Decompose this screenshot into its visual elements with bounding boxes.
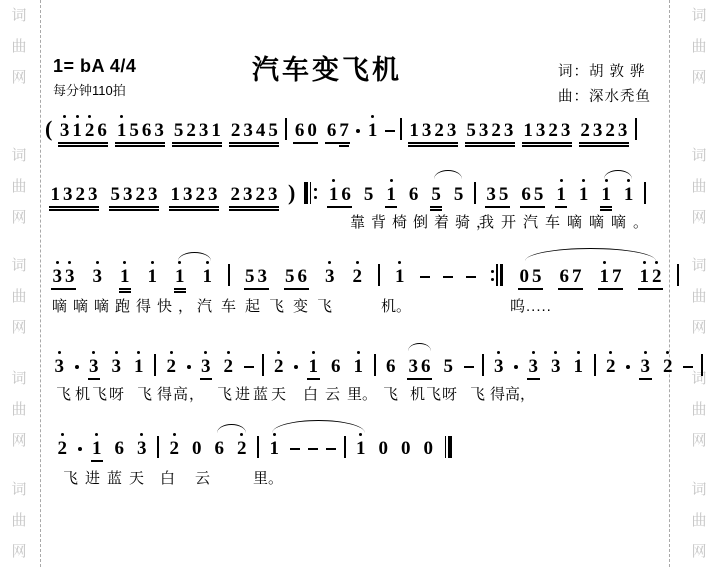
note-digit: 5 (268, 114, 278, 140)
repeat-start-sign (303, 182, 318, 204)
note-digit: 2 (434, 114, 444, 140)
octave-dot-space (208, 178, 218, 185)
note-digit: 3 (148, 178, 158, 204)
note-digit: 6 (327, 114, 337, 140)
note-digit: 3 (53, 260, 63, 286)
octave-dot-space (174, 114, 184, 121)
beam-underline (465, 142, 515, 144)
watermark-char-left: 曲 (8, 509, 30, 530)
note-digit: 1 (640, 260, 650, 286)
octave-dot (137, 432, 147, 439)
note-digit: 3 (88, 178, 98, 204)
note-group: 3126 (57, 114, 109, 140)
rest-note: 0 (401, 432, 411, 458)
note-group: 35 (484, 178, 511, 204)
octave-dot-space (268, 178, 278, 185)
beam-underline (172, 142, 222, 144)
octave-dot-space (447, 114, 457, 121)
watermark-char-right: 词 (688, 478, 710, 499)
octave-dot-space (115, 432, 125, 439)
note-group: 5231 (171, 114, 223, 140)
watermark-char-left: 网 (8, 206, 30, 227)
octave-dot (529, 350, 539, 357)
watermark-char-right: 网 (688, 429, 710, 450)
barline (257, 436, 259, 458)
octave-dot-space (171, 178, 181, 185)
watermark-char-right: 曲 (688, 35, 710, 56)
duration-dash (385, 130, 395, 132)
octave-dot (641, 350, 651, 357)
bar-stroke (310, 182, 312, 204)
note-digit: 1 (117, 114, 127, 140)
octave-dot (92, 432, 102, 439)
lyric-segment: 里。 (253, 467, 283, 488)
note-digit: 3 (208, 178, 218, 204)
lyric-segment: 飞 (56, 383, 71, 404)
octave-dot (663, 350, 673, 357)
beam-underline (284, 288, 309, 290)
octave-dot-space (466, 114, 476, 121)
note-group: 0 (190, 432, 205, 458)
beam-underline (307, 378, 320, 380)
watermark-char-left: 词 (8, 4, 30, 25)
lyric-segment: 飞 (383, 383, 398, 404)
beam-underline (229, 142, 279, 144)
duration-dash (420, 276, 430, 278)
octave-dot (134, 350, 144, 357)
note-digit: 3 (183, 178, 193, 204)
octave-dot-space (572, 260, 582, 267)
note-group: 2 (604, 350, 619, 376)
note-digit: 1 (354, 350, 364, 376)
barline (701, 354, 703, 376)
watermark-char-left: 曲 (8, 35, 30, 56)
octave-dot-space (479, 114, 489, 121)
octave-dot (574, 350, 584, 357)
note-group: 1 (351, 350, 366, 376)
note-digit: 6 (215, 432, 225, 458)
music-line-2: 1323532313232323)165165535651111 (48, 176, 654, 204)
beam-underline (408, 142, 458, 144)
lyric-segment: 飞进蓝天 (63, 467, 151, 488)
octave-dot-space (245, 260, 255, 267)
octave-dot-space (63, 178, 73, 185)
note-digit: 2 (186, 114, 196, 140)
note-digit: 1 (574, 350, 584, 376)
left-cut-line (40, 0, 41, 567)
note-digit: 2 (353, 260, 363, 286)
note-group: 1 (306, 350, 321, 376)
watermark-char-left: 网 (8, 429, 30, 450)
octave-dot-space (196, 178, 206, 185)
octave-dot (640, 260, 650, 267)
note-group: 53 (243, 260, 270, 286)
octave-dot (201, 350, 211, 357)
slur-arc (525, 248, 656, 261)
sheet-music-page: 1= bA 4/4 每分钟110拍 汽车变飞机 词：胡 敦 骅 曲：深水秃鱼 词… (0, 0, 711, 567)
octave-dot-space (486, 178, 496, 185)
note-group: 60 (292, 114, 319, 140)
music-line-4: 3331232216163653331232 (52, 348, 711, 376)
beam-underline (598, 288, 623, 290)
note-group: 1 (554, 178, 569, 204)
note-group: 1 (267, 432, 282, 458)
octave-dot-space (580, 114, 590, 121)
lyric-segment: 汽车起飞变飞 (197, 295, 341, 316)
note-digit: 2 (652, 260, 662, 286)
lyric-segment: 里。 (347, 383, 377, 404)
note-digit: 4 (256, 114, 266, 140)
octave-dot (601, 178, 611, 185)
note-group: 56 (283, 260, 310, 286)
watermark-char-right: 曲 (688, 398, 710, 419)
octave-dot-space (520, 260, 530, 267)
lyricist-credit: 词：胡 敦 骅 (558, 60, 646, 81)
lyric-segment: 嘀嘀嘀跑得快， (52, 295, 199, 316)
octave-dot (148, 260, 158, 267)
note-digit: 2 (167, 350, 177, 376)
watermark-char-right: 词 (688, 144, 710, 165)
octave-dot-space (331, 350, 341, 357)
note-digit: 3 (486, 178, 496, 204)
beam-underline (639, 378, 652, 380)
note-digit: 5 (111, 178, 121, 204)
music-line-5: 2163206211000 (55, 430, 461, 458)
note-digit: 2 (663, 350, 673, 376)
note-digit: 2 (606, 350, 616, 376)
note-digit: 1 (356, 432, 366, 458)
note-digit: 1 (175, 260, 185, 286)
beam-underline (555, 206, 568, 208)
note-group: 1 (132, 350, 147, 376)
octave-dot (203, 260, 213, 267)
augmentation-dot (514, 365, 518, 369)
note-group: 1 (173, 260, 188, 286)
repeat-dot (491, 270, 494, 273)
octave-dot-space (431, 178, 441, 185)
note-digit: 1 (148, 260, 158, 286)
note-digit: 3 (201, 350, 211, 376)
note-group: 1563 (114, 114, 166, 140)
octave-dot (606, 350, 616, 357)
note-digit: 1 (171, 178, 181, 204)
note-group: 36 (406, 350, 433, 376)
note-digit: 3 (123, 178, 133, 204)
augmentation-dot (78, 447, 82, 451)
beam-underline (485, 206, 510, 208)
barline (344, 436, 346, 458)
beam-underline (522, 145, 572, 147)
note-digit: 7 (339, 114, 349, 140)
lyric-segment: 我开汽车嘀嘀嘀。 (479, 211, 655, 232)
duration-dash (683, 366, 693, 368)
octave-dot-space (605, 114, 615, 121)
note-digit: 6 (115, 432, 125, 458)
note-group: 65 (519, 178, 546, 204)
note-digit: 1 (579, 178, 589, 204)
note-group: 3 (109, 350, 124, 376)
note-digit: 3 (494, 350, 504, 376)
note-group: 1 (384, 178, 399, 204)
watermark-char-left: 网 (8, 316, 30, 337)
octave-dot-space (339, 114, 349, 121)
note-group: 5 (429, 178, 444, 204)
octave-dot (65, 260, 75, 267)
lyric-segment: 得高， (157, 383, 205, 404)
note-group: 2 (55, 432, 70, 458)
note-digit: 5 (466, 114, 476, 140)
note-digit: 5 (364, 178, 374, 204)
key-signature: 1= bA 4/4 (53, 56, 136, 77)
lyric-segment: 得高， (490, 383, 535, 404)
note-group: 1 (571, 350, 586, 376)
watermark-char-right: 曲 (688, 509, 710, 530)
beam-underline (229, 206, 279, 208)
beam-underline (115, 142, 165, 144)
octave-dot (652, 260, 662, 267)
barline (594, 354, 596, 376)
beam-underline (522, 142, 572, 144)
octave-dot (274, 350, 284, 357)
note-digit: 1 (600, 260, 610, 286)
note-digit: 3 (199, 114, 209, 140)
note-group: 6 (112, 432, 127, 458)
watermark-char-right: 网 (688, 540, 710, 561)
watermark-char-right: 网 (688, 66, 710, 87)
beam-underline (558, 288, 583, 290)
note-digit: 1 (120, 260, 130, 286)
beam-underline (430, 206, 443, 208)
beam-underline (385, 206, 398, 208)
note-group: 3 (135, 432, 150, 458)
lyricist-label: 词： (558, 64, 589, 80)
octave-dot (556, 178, 566, 185)
music-line-1: (3126156352312345606711323532313232323 (45, 112, 642, 140)
lyric-segment: 靠背椅倒着骑， (350, 211, 497, 232)
beam-underline (293, 142, 318, 144)
note-digit: 7 (572, 260, 582, 286)
note-digit: 1 (386, 178, 396, 204)
note-digit: 1 (72, 114, 82, 140)
note-digit: 2 (85, 114, 95, 140)
beam-underline (49, 206, 99, 208)
note-digit: 3 (479, 114, 489, 140)
duration-dash (308, 448, 318, 450)
note-group: 3 (323, 260, 338, 286)
note-digit: 3 (93, 260, 103, 286)
note-digit: 2 (76, 178, 86, 204)
composer-credit: 曲：深水秃鱼 (558, 85, 651, 106)
watermark-char-left: 词 (8, 144, 30, 165)
note-digit: 5 (285, 260, 295, 286)
barline (154, 354, 156, 376)
octave-dot-space (298, 260, 308, 267)
note-digit: 5 (129, 114, 139, 140)
octave-dot-space (285, 260, 295, 267)
note-group: 1 (354, 432, 369, 458)
note-digit: 3 (268, 178, 278, 204)
note-digit: 3 (60, 114, 70, 140)
watermark-char-right: 词 (688, 4, 710, 25)
note-digit: 2 (58, 432, 68, 458)
note-digit: 3 (65, 260, 75, 286)
duration-dash (443, 276, 453, 278)
note-group: 1 (118, 260, 133, 286)
beam-underline (91, 460, 104, 462)
octave-dot-space (421, 350, 431, 357)
octave-dot-space (386, 350, 396, 357)
octave-dot (354, 350, 364, 357)
intro-paren: ( (45, 117, 52, 140)
repeat-dots (491, 264, 494, 286)
octave-dot-space (186, 114, 196, 121)
note-digit: 6 (560, 260, 570, 286)
barline (228, 264, 230, 286)
note-digit: 1 (601, 178, 611, 204)
note-digit: 1 (395, 260, 405, 286)
bar-stroke (448, 436, 452, 458)
tempo-marking: 每分钟110拍 (53, 80, 126, 99)
note-digit: 5 (532, 260, 542, 286)
lyric-segment: 呜..... (510, 295, 552, 316)
octave-dot-space (192, 432, 202, 439)
watermark-char-left: 词 (8, 478, 30, 499)
note-digit: 2 (256, 178, 266, 204)
octave-dot-space (268, 114, 278, 121)
octave-dot-space (424, 432, 434, 439)
lyric-segment: 白 (160, 467, 175, 488)
octave-dot-space (618, 114, 628, 121)
octave-dot-space (97, 114, 107, 121)
octave-dot-space (409, 178, 419, 185)
octave-dot-space (129, 114, 139, 121)
barline (262, 354, 264, 376)
octave-dot-space (561, 114, 571, 121)
octave-dot-space (76, 178, 86, 185)
note-digit: 6 (142, 114, 152, 140)
barline (644, 182, 646, 204)
note-group: 2 (221, 350, 236, 376)
note-group: 3 (526, 350, 541, 376)
note-digit: 5 (499, 178, 509, 204)
octave-dot-space (409, 114, 419, 121)
note-digit: 6 (409, 178, 419, 204)
beam-underline (169, 209, 219, 211)
note-digit: 2 (274, 350, 284, 376)
octave-dot-space (444, 350, 454, 357)
repeat-dot (491, 278, 494, 281)
note-digit: 3 (529, 350, 539, 376)
slur-arc (272, 420, 365, 433)
octave-dot-space (409, 350, 419, 357)
lyric-segment: 机飞呀 (410, 383, 458, 404)
octave-dot (395, 260, 405, 267)
octave-dot (117, 114, 127, 121)
note-group: 1323 (168, 178, 220, 204)
bar-stroke (445, 436, 447, 458)
note-digit: 3 (154, 114, 164, 140)
octave-dot (175, 260, 185, 267)
octave-dot-space (142, 114, 152, 121)
note-group: 3 (90, 260, 105, 286)
note-group: 2323 (228, 178, 280, 204)
octave-dot-space (258, 260, 268, 267)
note-digit: 3 (409, 350, 419, 376)
note-group: 2323 (578, 114, 630, 140)
note-digit: 1 (523, 114, 533, 140)
composer-name: 深水秃鱼 (589, 89, 651, 105)
beam-underline (115, 145, 165, 147)
rest-note: 0 (424, 432, 434, 458)
note-digit: 5 (245, 260, 255, 286)
note-digit: 6 (521, 178, 531, 204)
repeat-dots (314, 182, 317, 204)
repeat-dot (314, 196, 317, 199)
barline (677, 264, 679, 286)
octave-dot (170, 432, 180, 439)
octave-dot-space (341, 178, 351, 185)
note-digit: 2 (548, 114, 558, 140)
beam-underline (407, 378, 432, 380)
extra-underline (339, 145, 349, 147)
octave-dot (309, 350, 319, 357)
note-digit: 3 (593, 114, 603, 140)
note-group: 05 (517, 260, 544, 286)
note-group: 3 (638, 350, 653, 376)
note-group: 6 (406, 178, 421, 204)
octave-dot-space (256, 114, 266, 121)
beam-underline (169, 206, 219, 208)
octave-dot-space (243, 178, 253, 185)
augmentation-dot (626, 365, 630, 369)
octave-dot-space (504, 114, 514, 121)
note-digit: 1 (309, 350, 319, 376)
note-digit: 6 (331, 350, 341, 376)
octave-dot-space (231, 178, 241, 185)
note-digit: 2 (196, 178, 206, 204)
octave-dot-space (491, 114, 501, 121)
note-group: 1 (599, 178, 614, 204)
beam-underline (174, 291, 187, 293)
note-digit: 3 (422, 114, 432, 140)
octave-dot-space (148, 178, 158, 185)
duration-dash (466, 276, 476, 278)
beam-underline (109, 206, 159, 208)
barline (157, 436, 159, 458)
note-digit: 2 (231, 178, 241, 204)
watermark-char-left: 曲 (8, 398, 30, 419)
octave-dot (112, 350, 122, 357)
note-group: 5323 (108, 178, 160, 204)
note-group: 5323 (464, 114, 516, 140)
note-group: 0 (399, 432, 414, 458)
barline (474, 182, 476, 204)
composer-label: 曲： (558, 89, 589, 105)
note-digit: 3 (551, 350, 561, 376)
octave-dot (600, 260, 610, 267)
note-digit: 6 (97, 114, 107, 140)
note-digit: 3 (112, 350, 122, 376)
beam-underline (527, 378, 540, 380)
octave-dot-space (183, 178, 193, 185)
octave-dot (72, 114, 82, 121)
beam-underline (58, 142, 108, 144)
note-group: 6 (384, 350, 399, 376)
rest-note: 0 (192, 432, 202, 458)
octave-dot (93, 260, 103, 267)
note-digit: 3 (447, 114, 457, 140)
octave-dot (60, 114, 70, 121)
